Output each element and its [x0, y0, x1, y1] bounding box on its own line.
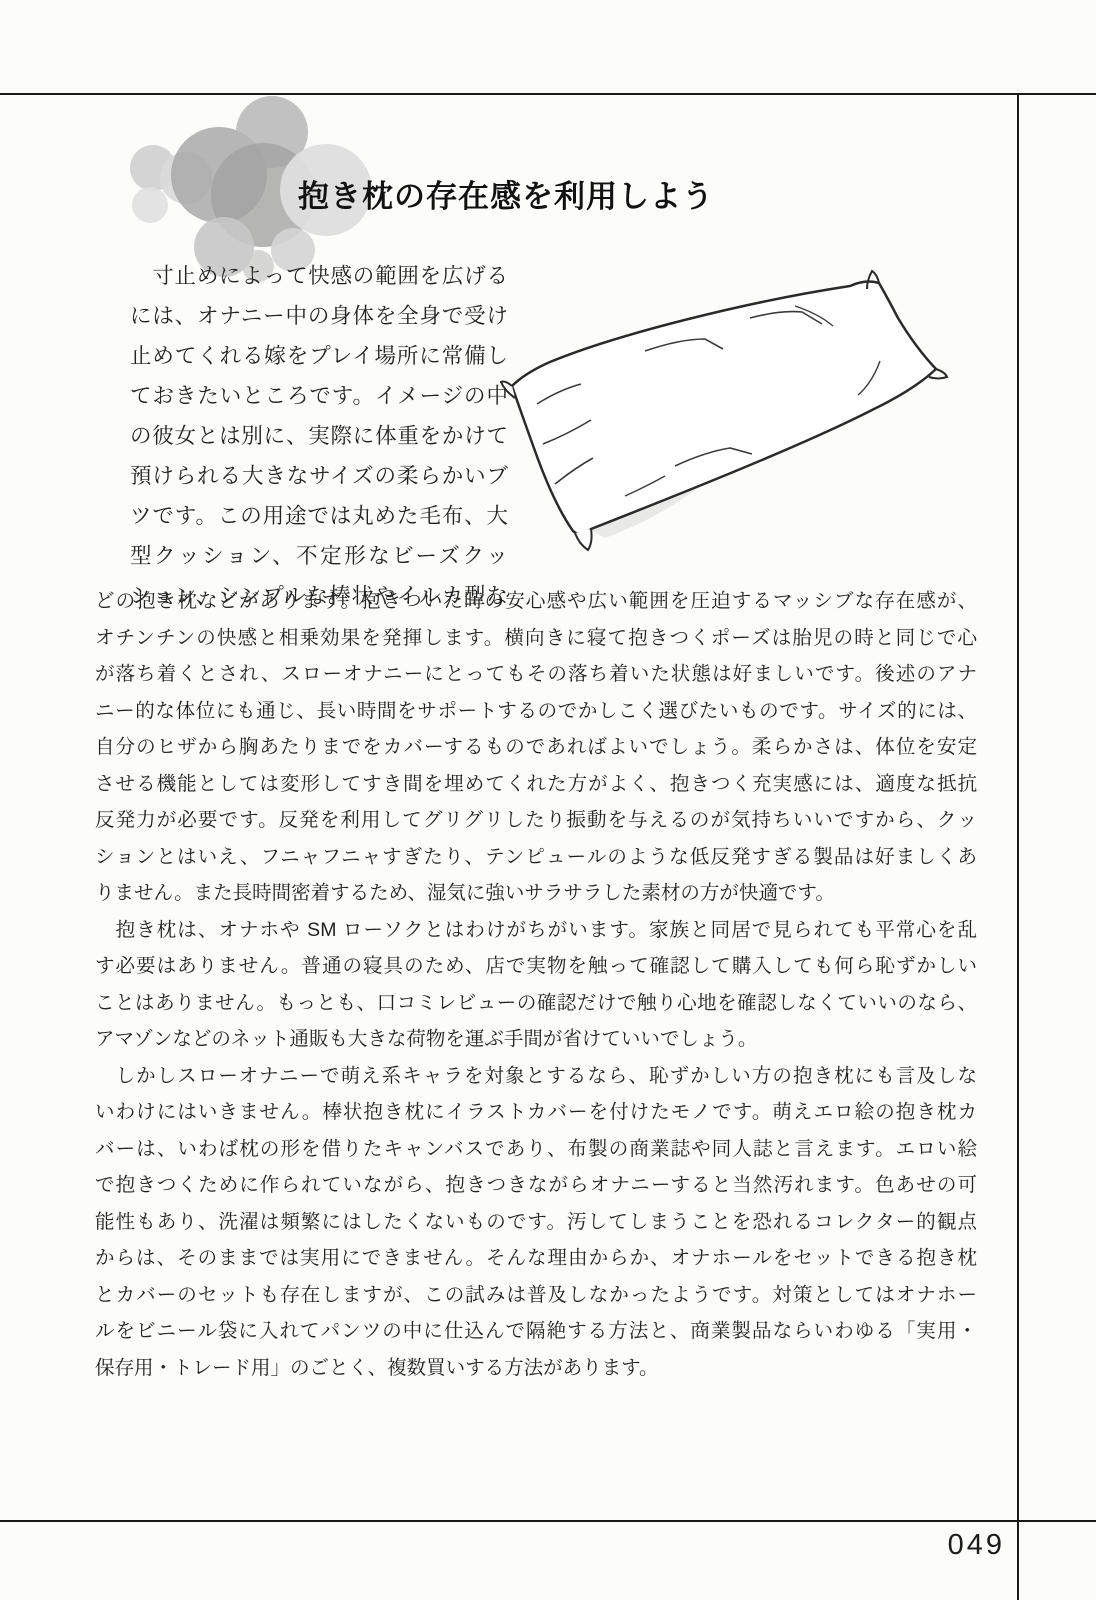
left-text-column: 寸止めによって快感の範囲を広げる には、オナニー中の身体を全身で受け 止めてくれ…	[130, 256, 508, 616]
text-line: ションとはいえ、フニャフニャすぎたり、テンピュールのような低反発すぎる製品は好ま…	[95, 839, 977, 876]
text-line: からは、そのままでは実用にできません。そんな理由からか、オナホールをセットできる…	[95, 1240, 977, 1277]
top-rule	[0, 93, 1096, 95]
text-line: 預けられる大きなサイズの柔らかいブ	[130, 456, 508, 496]
body-pillow-illustration	[495, 256, 961, 556]
text-line: いわけにはいきません。棒状抱き枕にイラストカバーを付けたモノです。萌えエロ絵の抱…	[95, 1094, 977, 1131]
text-line: させる機能としては変形してすき間を埋めてくれた方がよく、抱きつく充実感には、適度…	[95, 766, 977, 803]
text-line: ルをビニール袋に入れてパンツの中に仕込んで隔絶する方法と、商業製品ならいわゆる「…	[95, 1313, 977, 1350]
bottom-rule	[0, 1520, 1096, 1522]
text-line: 保存用・トレード用」のごとく、複数買いする方法があります。	[95, 1350, 977, 1387]
text-line: 反発力が必要です。反発を利用してグリグリしたり振動を与えるのが気持ちいいですから…	[95, 802, 977, 839]
page-number: 049	[880, 1529, 1005, 1562]
page-title: 抱き枕の存在感を利用しよう	[298, 171, 718, 216]
text-line: が落ち着くとされ、スローオナニーにとってもその落ち着いた状態は好ましいです。後述…	[95, 656, 977, 693]
text-line: 型クッション、不定形なビーズクッ	[130, 536, 508, 576]
text-line: す必要はありません。普通の寝具のため、店で実物を触って確認して購入しても何ら恥ず…	[95, 948, 977, 985]
text-line: りません。また長時間密着するため、湿気に強いサラサラした素材の方が快適です。	[95, 875, 977, 912]
text-line: どの抱き枕などがあります。抱きついた時の安心感や広い範囲を圧迫するマッシブな存在…	[95, 583, 977, 620]
text-line: オチンチンの快感と相乗効果を発揮します。横向きに寝て抱きつくポーズは胎児の時と同…	[95, 620, 977, 657]
text-line: とカバーのセットも存在しますが、この試みは普及しなかったようです。対策としてはオ…	[95, 1277, 977, 1314]
text-line: しかしスローオナニーで萌え系キャラを対象とするなら、恥ずかしい方の抱き枕にも言及…	[95, 1058, 977, 1095]
text-line: には、オナニー中の身体を全身で受け	[130, 296, 508, 336]
text-line: 寸止めによって快感の範囲を広げる	[130, 256, 508, 296]
text-line: ニー的な体位にも通じ、長い時間をサポートするのでかしこく選びたいものです。サイズ…	[95, 693, 977, 730]
text-line: ことはありません。もっとも、口コミレビューの確認だけで触り心地を確認しなくていい…	[95, 985, 977, 1022]
text-line: 能性もあり、洗濯は頻繁にはしたくないものです。汚してしまうことを恐れるコレクター…	[95, 1204, 977, 1241]
text-line: 止めてくれる嫁をプレイ場所に常備し	[130, 336, 508, 376]
text-line: アマゾンなどのネット通販も大きな荷物を運ぶ手間が省けていいでしょう。	[95, 1021, 977, 1058]
body-text-block: どの抱き枕などがあります。抱きついた時の安心感や広い範囲を圧迫するマッシブな存在…	[95, 583, 977, 1386]
text-line: ておきたいところです。イメージの中	[130, 376, 508, 416]
text-line: 抱き枕は、オナホや SM ローソクとはわけがちがいます。家族と同居で見られても平…	[95, 912, 977, 949]
text-line: 自分のヒザから胸あたりまでをカバーするものであればよいでしょう。柔らかさは、体位…	[95, 729, 977, 766]
text-line: ツです。この用途では丸めた毛布、大	[130, 496, 508, 536]
text-line: の彼女とは別に、実際に体重をかけて	[130, 416, 508, 456]
text-line: バーは、いわば枕の形を借りたキャンバスであり、布製の商業誌や同人誌と言えます。エ…	[95, 1131, 977, 1168]
text-line: で抱きつくために作られていながら、抱きつきながらオナニーすると当然汚れます。色あ…	[95, 1167, 977, 1204]
right-margin-rule	[1017, 93, 1019, 1600]
